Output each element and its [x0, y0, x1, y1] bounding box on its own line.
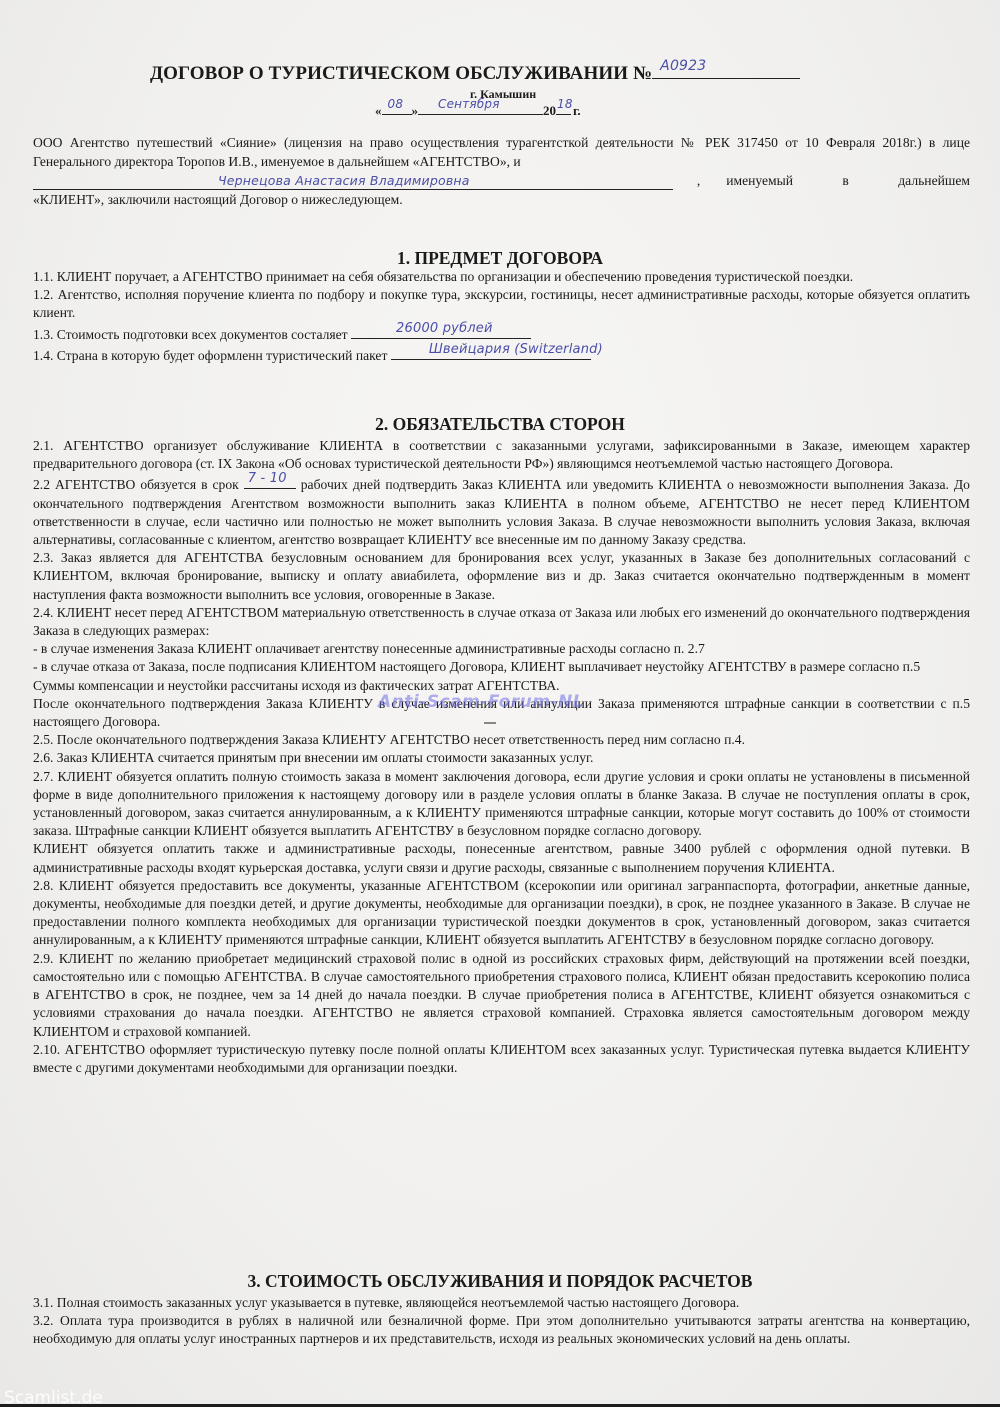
section-3-title: 3. СТОИМОСТЬ ОБСЛУЖИВАНИЯ И ПОРЯДОК РАСЧ…: [0, 1271, 1000, 1292]
section-3-body: 3.1. Полная стоимость заказанных услуг у…: [33, 1294, 970, 1349]
clause-1-4-label: 1.4. Страна в которую будет оформленн ту…: [33, 348, 387, 363]
document-title: ДОГОВОР О ТУРИСТИЧЕСКОМ ОБСЛУЖИВАНИИ №А0…: [150, 60, 870, 85]
clause-3-1: 3.1. Полная стоимость заказанных услуг у…: [33, 1294, 970, 1312]
year-field: 18: [556, 100, 571, 115]
clause-2-9: 2.9. КЛИЕНТ по желанию приобретает медиц…: [33, 950, 970, 1041]
section-2-body: 2.1. АГЕНТСТВО организует обслуживание К…: [33, 437, 970, 1077]
year-value: 18: [557, 97, 573, 111]
clause-1-2: 1.2. Агентство, исполняя поручение клиен…: [33, 286, 970, 322]
watermark-center: Anti-Scam-Forum-NL: [378, 692, 584, 712]
destination-country-value: Швейцария (Switzerland): [429, 341, 603, 359]
comma: ,: [697, 171, 700, 190]
year-end: г.: [573, 103, 581, 118]
scan-mark: [484, 722, 496, 724]
clause-2-4-bullet-2: - в случае отказа от Заказа, после подпи…: [33, 658, 970, 676]
contract-page: ДОГОВОР О ТУРИСТИЧЕСКОМ ОБСЛУЖИВАНИИ №А0…: [0, 0, 1000, 1407]
clause-2-4-bullet-1: - в случае изменения Заказа КЛИЕНТ оплач…: [33, 640, 970, 658]
section-1-body: 1.1. КЛИЕНТ поручает, а АГЕНТСТВО приним…: [33, 268, 970, 365]
client-name: Чернецова Анастасия Владимировна: [218, 171, 470, 190]
clause-2-8: 2.8. КЛИЕНТ обязуется предоставить все д…: [33, 877, 970, 950]
clause-1-3-label: 1.3. Стоимость подготовки всех документо…: [33, 327, 348, 342]
section-2-title: 2. ОБЯЗАТЕЛЬСТВА СТОРОН: [0, 414, 1000, 435]
confirmation-term-value: 7 - 10: [248, 470, 287, 488]
clause-2-7-admin-fees: КЛИЕНТ обязуется оплатить также и админи…: [33, 840, 970, 876]
document-cost-value: 26000 рублей: [396, 320, 493, 338]
clause-2-3: 2.3. Заказ является для АГЕНТСТВА безусл…: [33, 549, 970, 604]
month-field: Сентября: [418, 100, 543, 115]
client-name-field: Чернецова Анастасия Владимировна: [33, 173, 673, 190]
clause-2-5: 2.5. После окончательного подтверждения …: [33, 731, 970, 749]
clause-3-2: 3.2. Оплата тура производится в рублях в…: [33, 1312, 970, 1348]
title-text: ДОГОВОР О ТУРИСТИЧЕСКОМ ОБСЛУЖИВАНИИ №: [150, 63, 652, 84]
confirmation-term-field: 7 - 10: [244, 473, 296, 489]
day-value: 08: [388, 97, 404, 111]
clause-2-7: 2.7. КЛИЕНТ обязуется оплатить полную ст…: [33, 768, 970, 841]
day-field: 08: [382, 100, 412, 115]
contract-number: А0923: [660, 58, 706, 74]
year-prefix: 20: [543, 103, 556, 118]
client-line: Чернецова Анастасия Владимировна , имену…: [33, 171, 970, 190]
intro-end: «КЛИЕНТ», заключили настоящий Договор о …: [33, 190, 970, 209]
clause-2-1: 2.1. АГЕНТСТВО организует обслуживание К…: [33, 437, 970, 473]
month-value: Сентября: [438, 97, 500, 111]
client-designation: именуемый в дальнейшем: [726, 171, 970, 190]
clause-2-10: 2.10. АГЕНТСТВО оформляет туристическую …: [33, 1041, 970, 1077]
clause-2-4: 2.4. КЛИЕНТ несет перед АГЕНТСТВОМ матер…: [33, 604, 970, 640]
clause-1-4: 1.4. Страна в которую будет оформленн ту…: [33, 344, 970, 365]
contract-date: «08»Сентября2018г.: [375, 100, 581, 119]
destination-country-field: Швейцария (Switzerland): [391, 344, 591, 360]
section-1-title: 1. ПРЕДМЕТ ДОГОВОРА: [0, 248, 1000, 269]
document-cost-field: 26000 рублей: [351, 323, 531, 339]
clause-2-2-start: 2.2 АГЕНТСТВО обязуется в срок: [33, 477, 239, 492]
intro-parties: ООО Агентство путешествий «Сияние» (лице…: [33, 133, 970, 171]
intro-paragraph: ООО Агентство путешествий «Сияние» (лице…: [33, 133, 970, 209]
contract-number-field: А0923: [652, 60, 800, 79]
clause-1-1: 1.1. КЛИЕНТ поручает, а АГЕНТСТВО приним…: [33, 268, 970, 286]
clause-2-2: 2.2 АГЕНТСТВО обязуется в срок 7 - 10 ра…: [33, 473, 970, 549]
clause-2-6: 2.6. Заказ КЛИЕНТА считается принятым пр…: [33, 749, 970, 767]
